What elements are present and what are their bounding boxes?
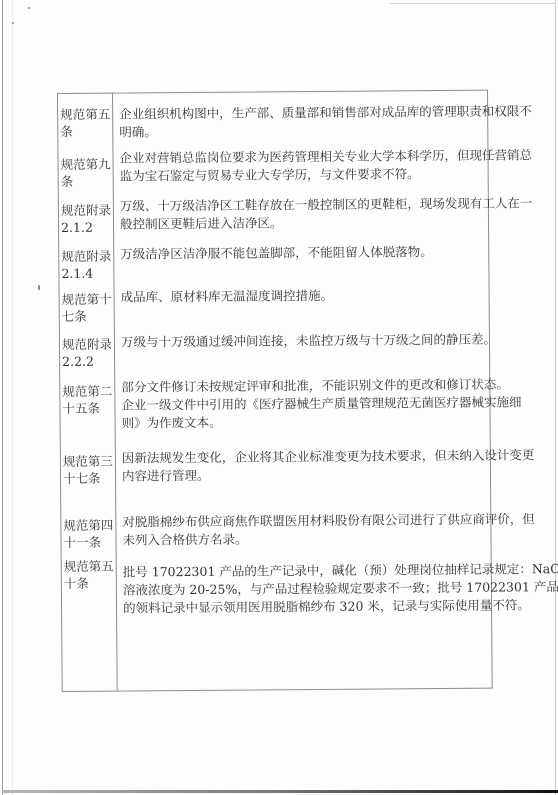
finding-line: 企业组织机构图中，生产部、质量部和销售部对成品库的管理职责和权限不 (119, 103, 483, 124)
finding-line: 万级与十万级通过缓冲间连接，未监控万级与十万级之间的静压差。 (121, 331, 485, 352)
clause-label: 规范第五 条 (60, 106, 112, 140)
finding-line: 内容进行管理。 (122, 465, 486, 486)
finding-line: 则》为作废文本。 (122, 412, 486, 433)
finding-text: 万级洁净区洁净服不能包盖脚部，不能阻留人体脱落物。 (120, 243, 484, 264)
finding-text: 部分文件修订未按规定评审和批准，不能识别文件的更改和修订状态。 企业一级文件中引… (121, 376, 485, 433)
scan-speck (38, 285, 40, 290)
finding-line: 明确。 (119, 121, 483, 142)
table-row: 规范第二 十五条 部分文件修订未按规定评审和批准，不能识别文件的更改和修订状态。… (60, 380, 489, 383)
clause-label: 规范附录 2.1.4 (61, 248, 113, 282)
finding-text: 成品库、原材料库无温湿度调控措施。 (121, 286, 485, 307)
finding-line: 未列入合格供方名录。 (122, 529, 486, 550)
finding-line: 般控制区更鞋后进入洁净区。 (120, 213, 484, 234)
finding-text: 企业对营销总监岗位要求为医药管理相关专业大学本科学历，但现任营销总 监为宝石鉴定… (119, 147, 483, 186)
page-left-edge (2, 0, 3, 795)
finding-text: 对脱脂棉纱布供应商焦作联盟医用材料股份有限公司进行了供应商评价，但 未列入合格供… (122, 511, 486, 550)
page-bottom-edge (2, 790, 558, 793)
finding-line: 因新法规发生变化，企业将其企业标准变更为技术要求，但未纳入设计变更 (122, 447, 486, 468)
table-row: 规范附录 2.2.2 万级与十万级通过缓冲间连接，未监控万级与十万级之间的静压差… (60, 333, 489, 336)
clause-label: 规范第三 十七条 (63, 453, 115, 487)
clause-label: 规范第二 十五条 (62, 383, 114, 417)
table-row: 规范第四 十一条 对脱脂棉纱布供应商焦作联盟医用材料股份有限公司进行了供应商评价… (61, 514, 490, 517)
finding-line: 万级、十万级洁净区工鞋存放在一般控制区的更鞋柜，现场发现有工人在一 (120, 195, 484, 216)
table-row: 规范第九 条 企业对营销总监岗位要求为医药管理相关专业大学本科学历，但现任营销总… (58, 151, 487, 154)
clause-label: 规范附录 2.2.2 (62, 336, 114, 370)
finding-text: 万级、十万级洁净区工鞋存放在一般控制区的更鞋柜，现场发现有工人在一 般控制区更鞋… (120, 195, 484, 234)
page-right-edge (555, 0, 556, 795)
finding-line: 企业对营销总监岗位要求为医药管理相关专业大学本科学历，但现任营销总 (119, 147, 483, 168)
scanned-page: 规范第五 条 企业组织机构图中，生产部、质量部和销售部对成品库的管理职责和权限不… (0, 0, 558, 795)
finding-text: 万级与十万级通过缓冲间连接，未监控万级与十万级之间的静压差。 (121, 331, 485, 352)
scan-speck (28, 7, 30, 9)
table-row: 规范第三 十七条 因新法规发生变化，企业将其企业标准变更为技术要求，但未纳入设计… (61, 450, 490, 453)
finding-line: 的领料记录中显示领用医用脱脂棉纱布 320 米，记录与实际使用量不符。 (123, 597, 487, 618)
clause-label: 规范第五 十条 (64, 558, 116, 592)
finding-text: 因新法规发生变化，企业将其企业标准变更为技术要求，但未纳入设计变更 内容进行管理… (122, 447, 486, 486)
clause-label: 规范第十 七条 (62, 291, 114, 325)
page-left-margin-line (12, 0, 13, 795)
clause-label: 规范第四 十一条 (63, 517, 115, 551)
clause-label: 规范第九 条 (60, 156, 112, 190)
table-row: 规范附录 2.1.4 万级洁净区洁净服不能包盖脚部，不能阻留人体脱落物。 (59, 245, 488, 248)
clause-label: 规范附录 2.1.2 (61, 202, 113, 236)
finding-line: 成品库、原材料库无温湿度调控措施。 (121, 286, 485, 307)
finding-line: 对脱脂棉纱布供应商焦作联盟医用材料股份有限公司进行了供应商评价，但 (122, 511, 486, 532)
finding-line: 监为宝石鉴定与贸易专业大专学历，与文件要求不符。 (120, 165, 484, 186)
finding-line: 企业一级文件中引用的《医疗器械生产质量管理规范无菌医疗器械实施细 (121, 394, 485, 415)
table-row: 规范第十 七条 成品库、原材料库无温湿度调控措施。 (60, 288, 489, 291)
scan-speck (12, 22, 14, 24)
table-row: 规范第五 十条 批号 17022301 产品的生产记录中，碱化（预）处理岗位抽样… (62, 555, 491, 558)
table-row: 规范附录 2.1.2 万级、十万级洁净区工鞋存放在一般控制区的更鞋柜，现场发现有… (59, 199, 488, 202)
finding-text: 企业组织机构图中，生产部、质量部和销售部对成品库的管理职责和权限不 明确。 (119, 103, 483, 142)
finding-text: 批号 17022301 产品的生产记录中，碱化（预）处理岗位抽样记录规定：NaO… (123, 561, 487, 618)
findings-table: 规范第五 条 企业组织机构图中，生产部、质量部和销售部对成品库的管理职责和权限不… (57, 90, 493, 692)
finding-line: 万级洁净区洁净服不能包盖脚部，不能阻留人体脱落物。 (120, 243, 484, 264)
page-top-edge (390, 3, 555, 4)
table-row: 规范第五 条 企业组织机构图中，生产部、质量部和销售部对成品库的管理职责和权限不… (58, 103, 487, 106)
